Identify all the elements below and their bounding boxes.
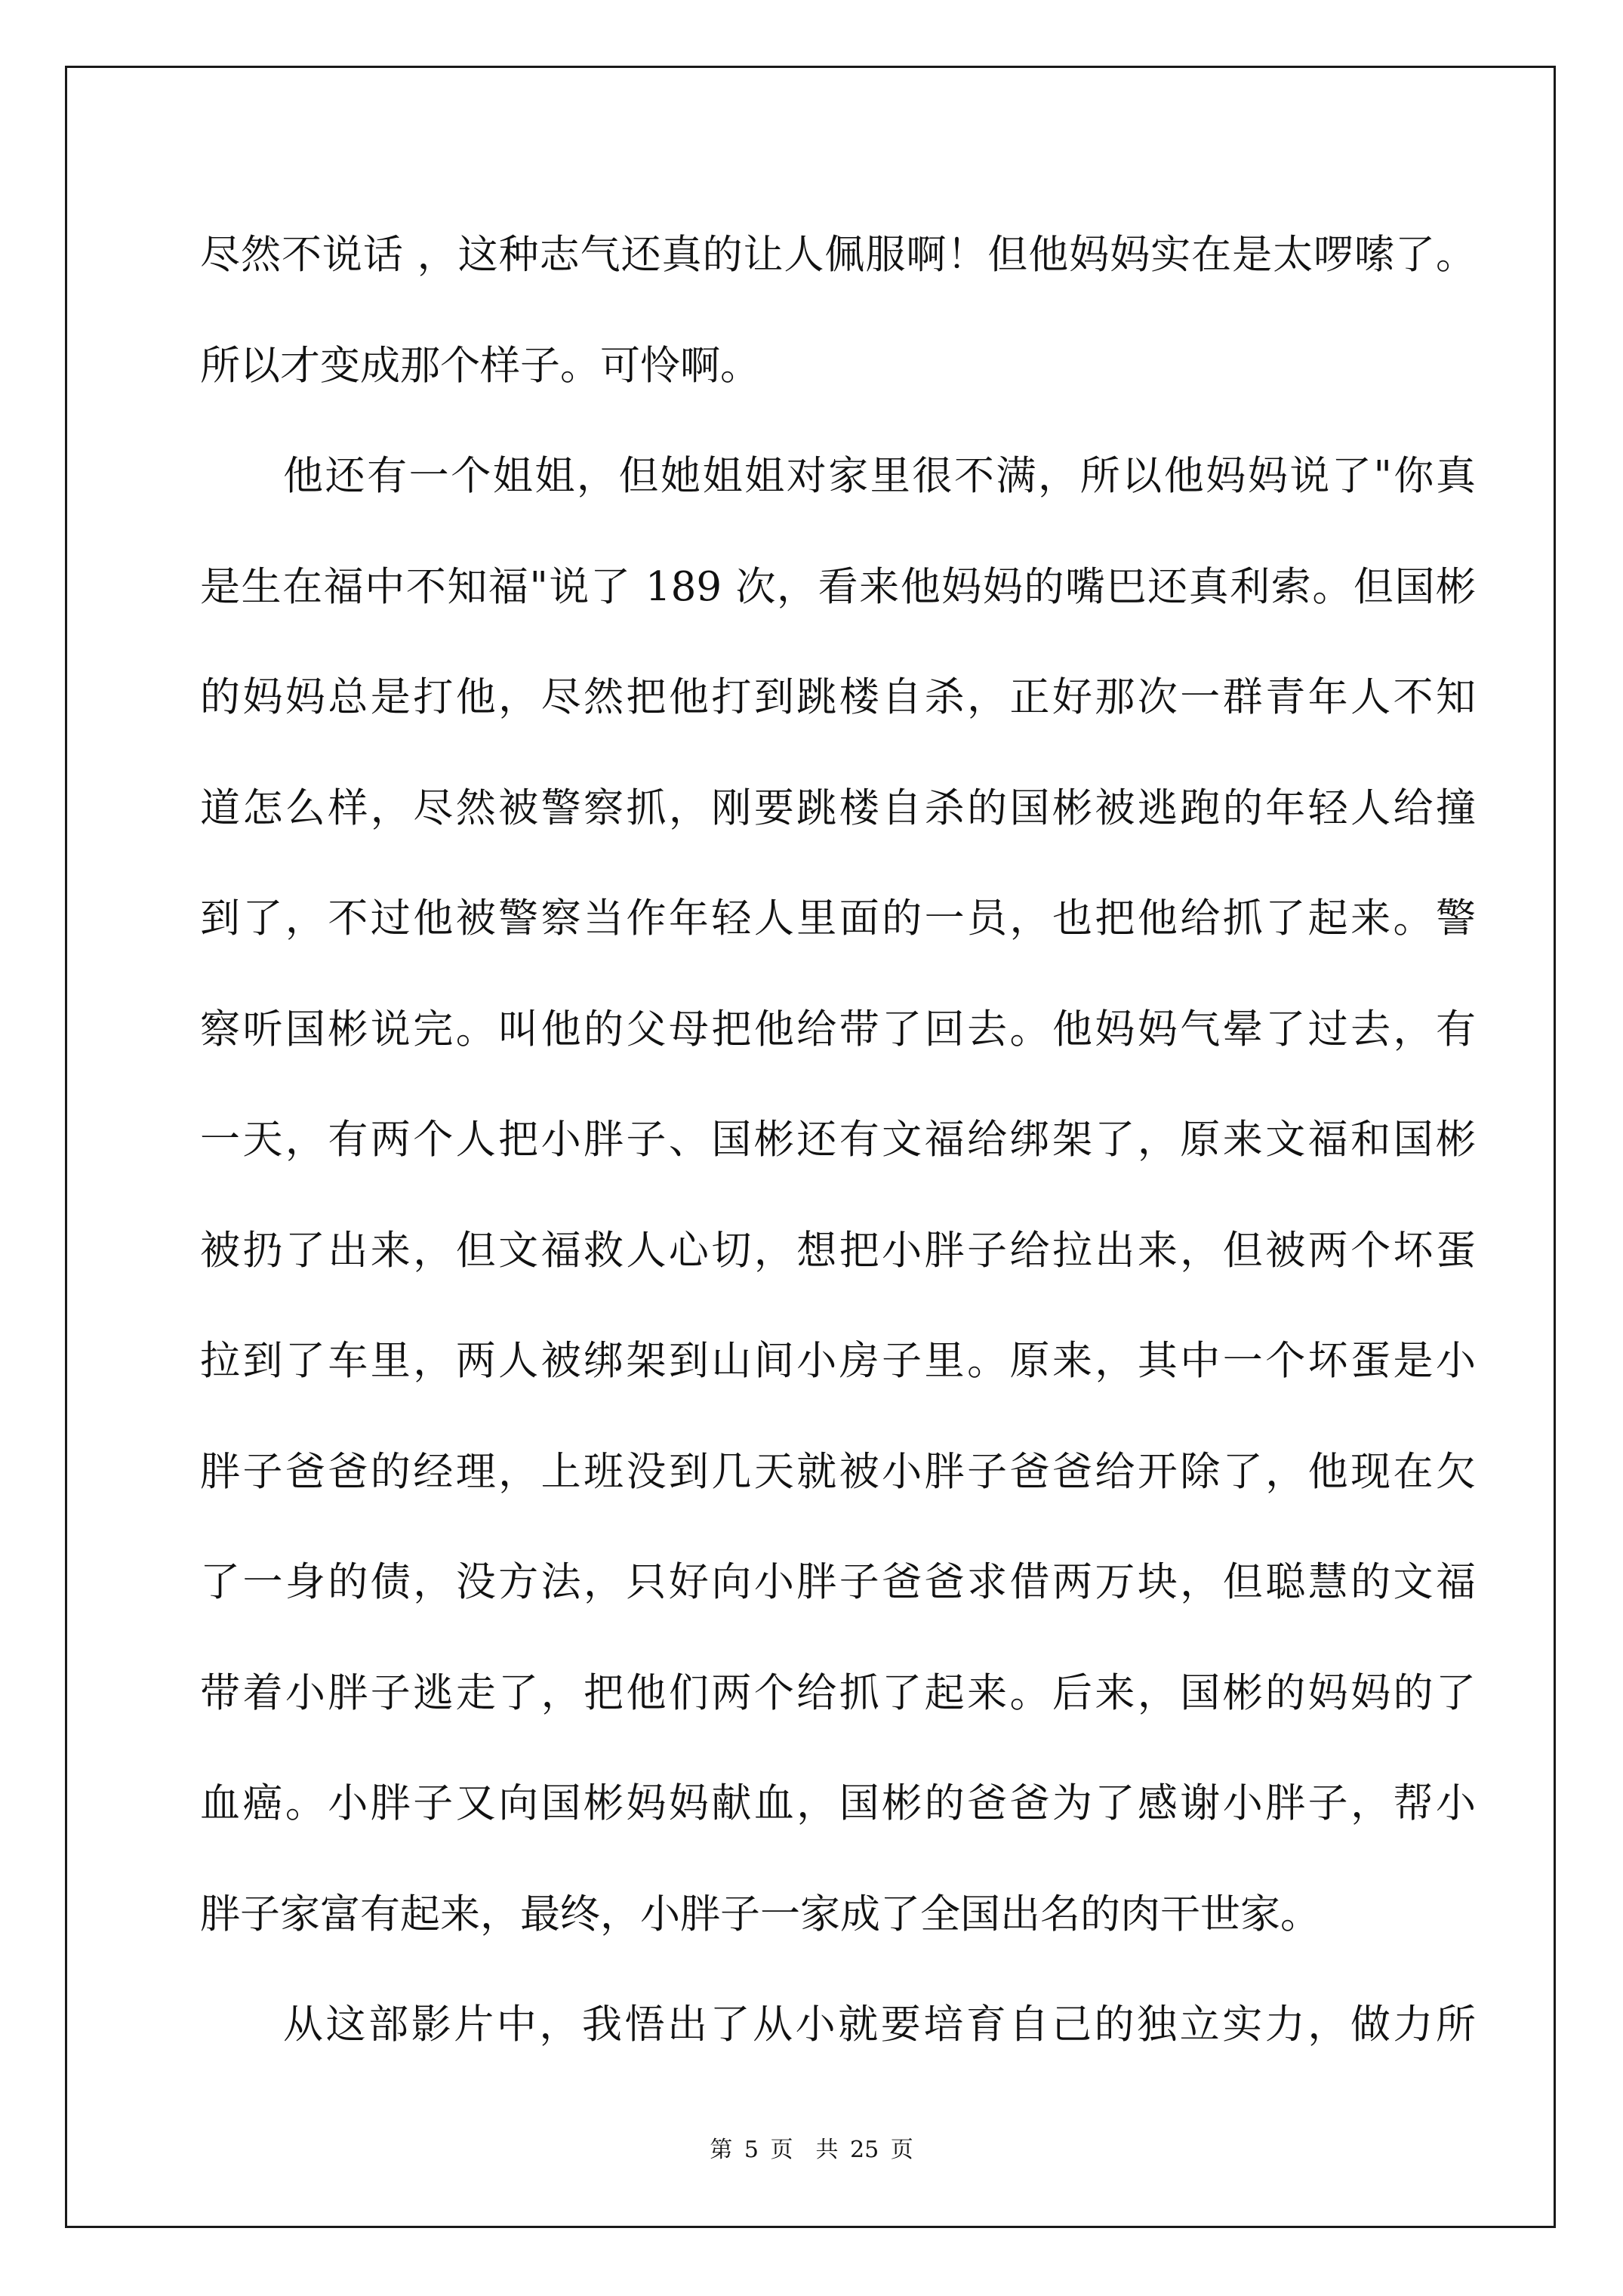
text-line-10: 被扔了出来，但文福救人心切，想把小胖子给拉出来，但被两个坏蛋 xyxy=(200,1196,1476,1307)
text-line-12: 胖子爸爸的经理，上班没到几天就被小胖子爸爸给开除了，他现在欠 xyxy=(200,1417,1476,1528)
text-line-17: 从这部影片中，我悟出了从小就要培育自己的独立实力，做力所 xyxy=(200,1970,1476,2081)
text-line-11: 拉到了车里，两人被绑架到山间小房子里。原来，其中一个坏蛋是小 xyxy=(200,1306,1476,1417)
text-line-9: 一天，有两个人把小胖子、国彬还有文福给绑架了，原来文福和国彬 xyxy=(200,1085,1476,1196)
text-line-8: 察听国彬说完。叫他的父母把他给带了回去。他妈妈气晕了过去，有 xyxy=(200,975,1476,1086)
text-line-16: 胖子家富有起来，最终，小胖子一家成了全国出名的肉干世家。 xyxy=(200,1860,1476,1971)
text-line-2: 所以才变成那个样子。可怜啊。 xyxy=(200,311,1476,422)
document-body: 尽然不说话 ，这种志气还真的让人佩服啊！但他妈妈实在是太啰嗦了。 所以才变成那个… xyxy=(200,200,1476,2081)
text-line-14: 带着小胖子逃走了，把他们两个给抓了起来。后来，国彬的妈妈的了 xyxy=(200,1638,1476,1749)
text-line-6: 道怎么样，尽然被警察抓，刚要跳楼自杀的国彬被逃跑的年轻人给撞 xyxy=(200,754,1476,864)
text-line-1: 尽然不说话 ，这种志气还真的让人佩服啊！但他妈妈实在是太啰嗦了。 xyxy=(200,200,1476,311)
text-line-13: 了一身的债，没方法，只好向小胖子爸爸求借两万块，但聪慧的文福 xyxy=(200,1527,1476,1638)
text-line-15: 血癌。小胖子又向国彬妈妈献血，国彬的爸爸为了感谢小胖子，帮小 xyxy=(200,1749,1476,1860)
page-number-footer: 第 5 页 共 25 页 xyxy=(0,2131,1623,2164)
text-line-5: 的妈妈总是打他，尽然把他打到跳楼自杀，正好那次一群青年人不知 xyxy=(200,643,1476,754)
text-line-4: 是生在福中不知福"说了 189 次，看来他妈妈的嘴巴还真利索。但国彬 xyxy=(200,532,1476,643)
text-line-3: 他还有一个姐姐，但她姐姐对家里很不满，所以他妈妈说了"你真 xyxy=(200,421,1476,532)
text-line-7: 到了，不过他被警察当作年轻人里面的一员，也把他给抓了起来。警 xyxy=(200,864,1476,975)
